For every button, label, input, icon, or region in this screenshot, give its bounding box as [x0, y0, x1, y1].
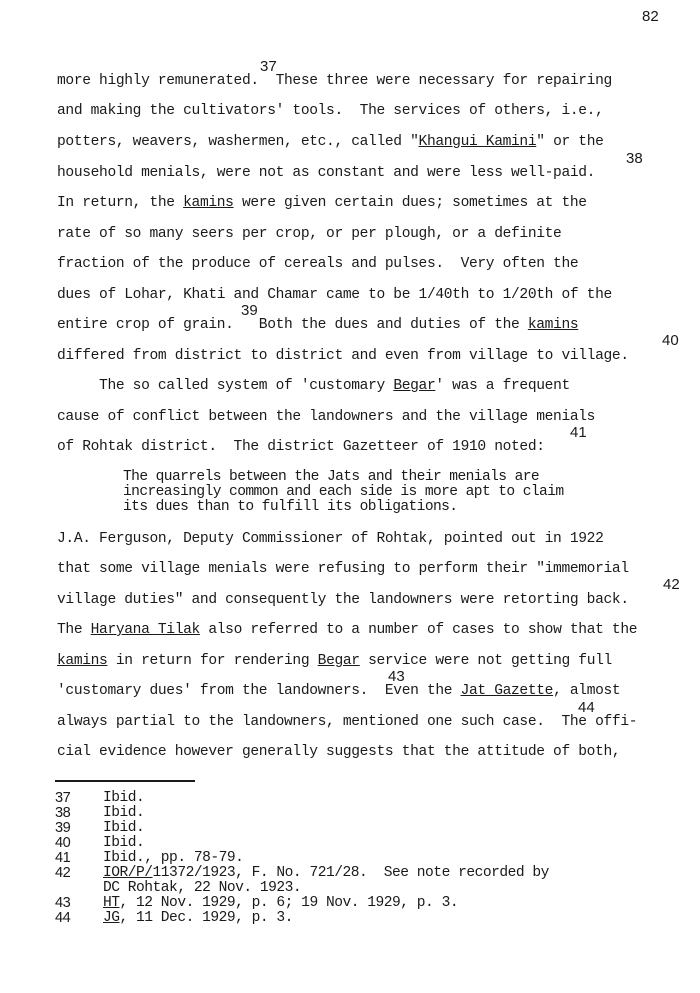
body-line: cial evidence however generally suggests…	[57, 743, 620, 761]
footnote-text: Ibid.	[103, 821, 144, 836]
body-line: cause of conflict between the landowners…	[57, 408, 595, 426]
footnote-number: 41	[55, 851, 70, 866]
body-line: fraction of the produce of cereals and p…	[57, 255, 578, 273]
body-line: village duties" and consequently the lan…	[57, 591, 629, 609]
block-quote-line: increasingly common and each side is mor…	[123, 485, 564, 500]
block-quote-line: its dues than to fulfill its obligations…	[123, 500, 457, 515]
body-line: and making the cultivators' tools. The s…	[57, 102, 604, 120]
footnote-number: 44	[55, 911, 70, 926]
footnote-number: 37	[55, 791, 70, 806]
block-quote-line: The quarrels between the Jats and their …	[123, 470, 539, 485]
footnote-text: Ibid., pp. 78-79.	[103, 851, 243, 866]
underlined-term: Khangui Kamini	[419, 134, 537, 150]
underlined-term: kamins	[183, 195, 233, 211]
body-line: more highly remunerated. These three wer…	[57, 72, 612, 90]
underlined-term: Begar	[318, 653, 360, 669]
footnote-marker: 37	[260, 59, 277, 74]
underlined-term: JG	[103, 910, 120, 926]
page-number: 82	[642, 8, 659, 25]
footnote-text: IOR/P/11372/1923, F. No. 721/28. See not…	[103, 866, 549, 881]
footnote-text: Ibid.	[103, 806, 144, 821]
footnote-number: 42	[55, 866, 70, 881]
body-line: The so called system of 'customary Begar…	[57, 377, 570, 395]
body-line: dues of Lohar, Khati and Chamar came to …	[57, 286, 612, 304]
underlined-term: kamins	[528, 317, 578, 333]
body-line: of Rohtak district. The district Gazette…	[57, 438, 545, 456]
footnote-text: Ibid.	[103, 836, 144, 851]
footnote-marker: 38	[626, 151, 643, 166]
footnote-marker: 39	[241, 303, 258, 318]
underlined-term: HT	[103, 895, 120, 911]
footnote-divider	[55, 780, 195, 782]
body-line: rate of so many seers per crop, or per p…	[57, 225, 561, 243]
body-line: differed from district to district and e…	[57, 347, 629, 365]
body-line: that some village menials were refusing …	[57, 560, 629, 578]
underlined-term: Haryana Tilak	[91, 622, 200, 638]
underlined-term: kamins	[57, 653, 107, 669]
footnote-marker: 41	[570, 425, 587, 440]
footnote-text: HT, 12 Nov. 1929, p. 6; 19 Nov. 1929, p.…	[103, 896, 458, 911]
body-line: kamins in return for rendering Begar ser…	[57, 652, 612, 670]
footnote-number: 40	[55, 836, 70, 851]
footnote-text-continued: DC Rohtak, 22 Nov. 1923.	[103, 881, 301, 896]
footnote-number: 39	[55, 821, 70, 836]
underlined-term: Begar	[393, 378, 435, 394]
footnote-marker: 43	[388, 669, 405, 684]
body-line: The Haryana Tilak also referred to a num…	[57, 621, 637, 639]
footnote-marker: 42	[663, 577, 680, 592]
footnote-marker: 40	[662, 333, 679, 348]
body-line: In return, the kamins were given certain…	[57, 194, 587, 212]
body-line: always partial to the landowners, mentio…	[57, 713, 637, 731]
footnote-marker: 44	[578, 700, 595, 715]
body-line: entire crop of grain. Both the dues and …	[57, 316, 578, 334]
body-line: J.A. Ferguson, Deputy Commissioner of Ro…	[57, 530, 604, 548]
underlined-term: Jat Gazette	[461, 683, 554, 699]
body-line: household menials, were not as constant …	[57, 164, 595, 182]
footnote-number: 38	[55, 806, 70, 821]
body-line: 'customary dues' from the landowners. Ev…	[57, 682, 620, 700]
underlined-term: IOR/P/	[103, 865, 153, 881]
footnote-text: JG, 11 Dec. 1929, p. 3.	[103, 911, 293, 926]
body-line: potters, weavers, washermen, etc., calle…	[57, 133, 604, 151]
footnote-number: 43	[55, 896, 70, 911]
footnote-text: Ibid.	[103, 791, 144, 806]
